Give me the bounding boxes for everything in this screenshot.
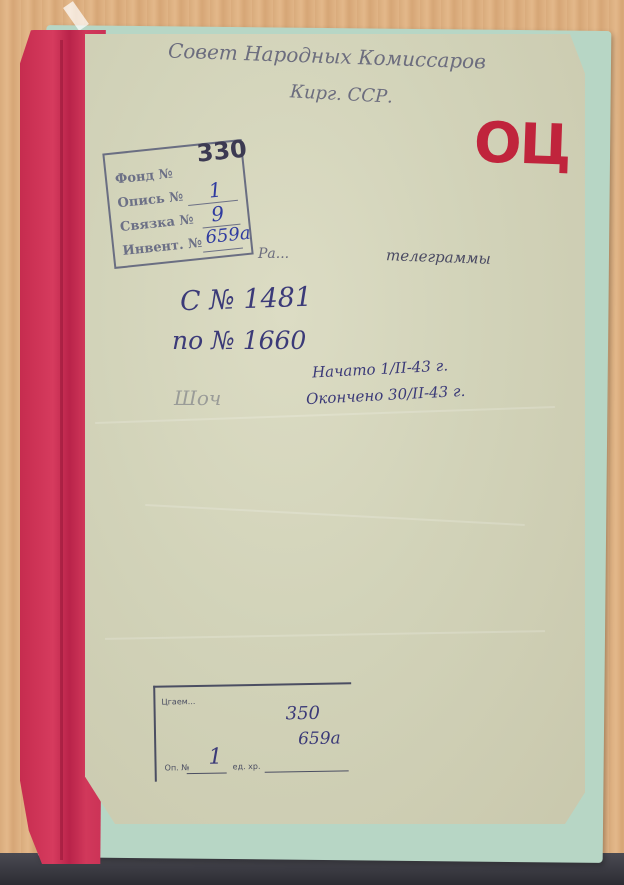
subject-pencil: Ра... (258, 246, 289, 262)
bottom-value: 1 (208, 745, 222, 770)
red-code-mark: ОЦ (473, 110, 571, 178)
fond-label: Фонд № (114, 166, 173, 187)
archive-stamp: 330 Фонд № Опись № 1 Связка № 9 Инвент. … (102, 139, 253, 269)
subject-ink: телеграммы (386, 246, 491, 268)
bottom-label-left: Оп. № (165, 763, 190, 772)
bottom-archive-stamp: Цгаем... 350 659а Оп. № 1 ед. хр. (153, 682, 353, 781)
range-from: С № 1481 (179, 282, 312, 318)
fond-number: 330 (195, 135, 248, 168)
opis-label: Опись № (117, 189, 184, 211)
bottom-number-2: 659а (298, 728, 341, 749)
invent-value: 659а (205, 223, 252, 249)
paper-crease (95, 406, 555, 424)
paper-crease (105, 630, 545, 640)
svyazka-value: 9 (210, 201, 225, 226)
spine-crease (60, 40, 63, 860)
opis-value: 1 (208, 177, 223, 202)
range-to: по № 1660 (172, 326, 306, 355)
svyazka-label: Связка № (119, 213, 194, 236)
invent-label: Инвент. № (122, 236, 203, 259)
bottom-number-1: 350 (286, 703, 321, 725)
bottom-stamp-top-label: Цгаем... (161, 697, 195, 707)
pencil-note: Шоч (174, 386, 221, 410)
paper-crease (145, 504, 525, 526)
bottom-label-right: ед. хр. (233, 762, 261, 771)
